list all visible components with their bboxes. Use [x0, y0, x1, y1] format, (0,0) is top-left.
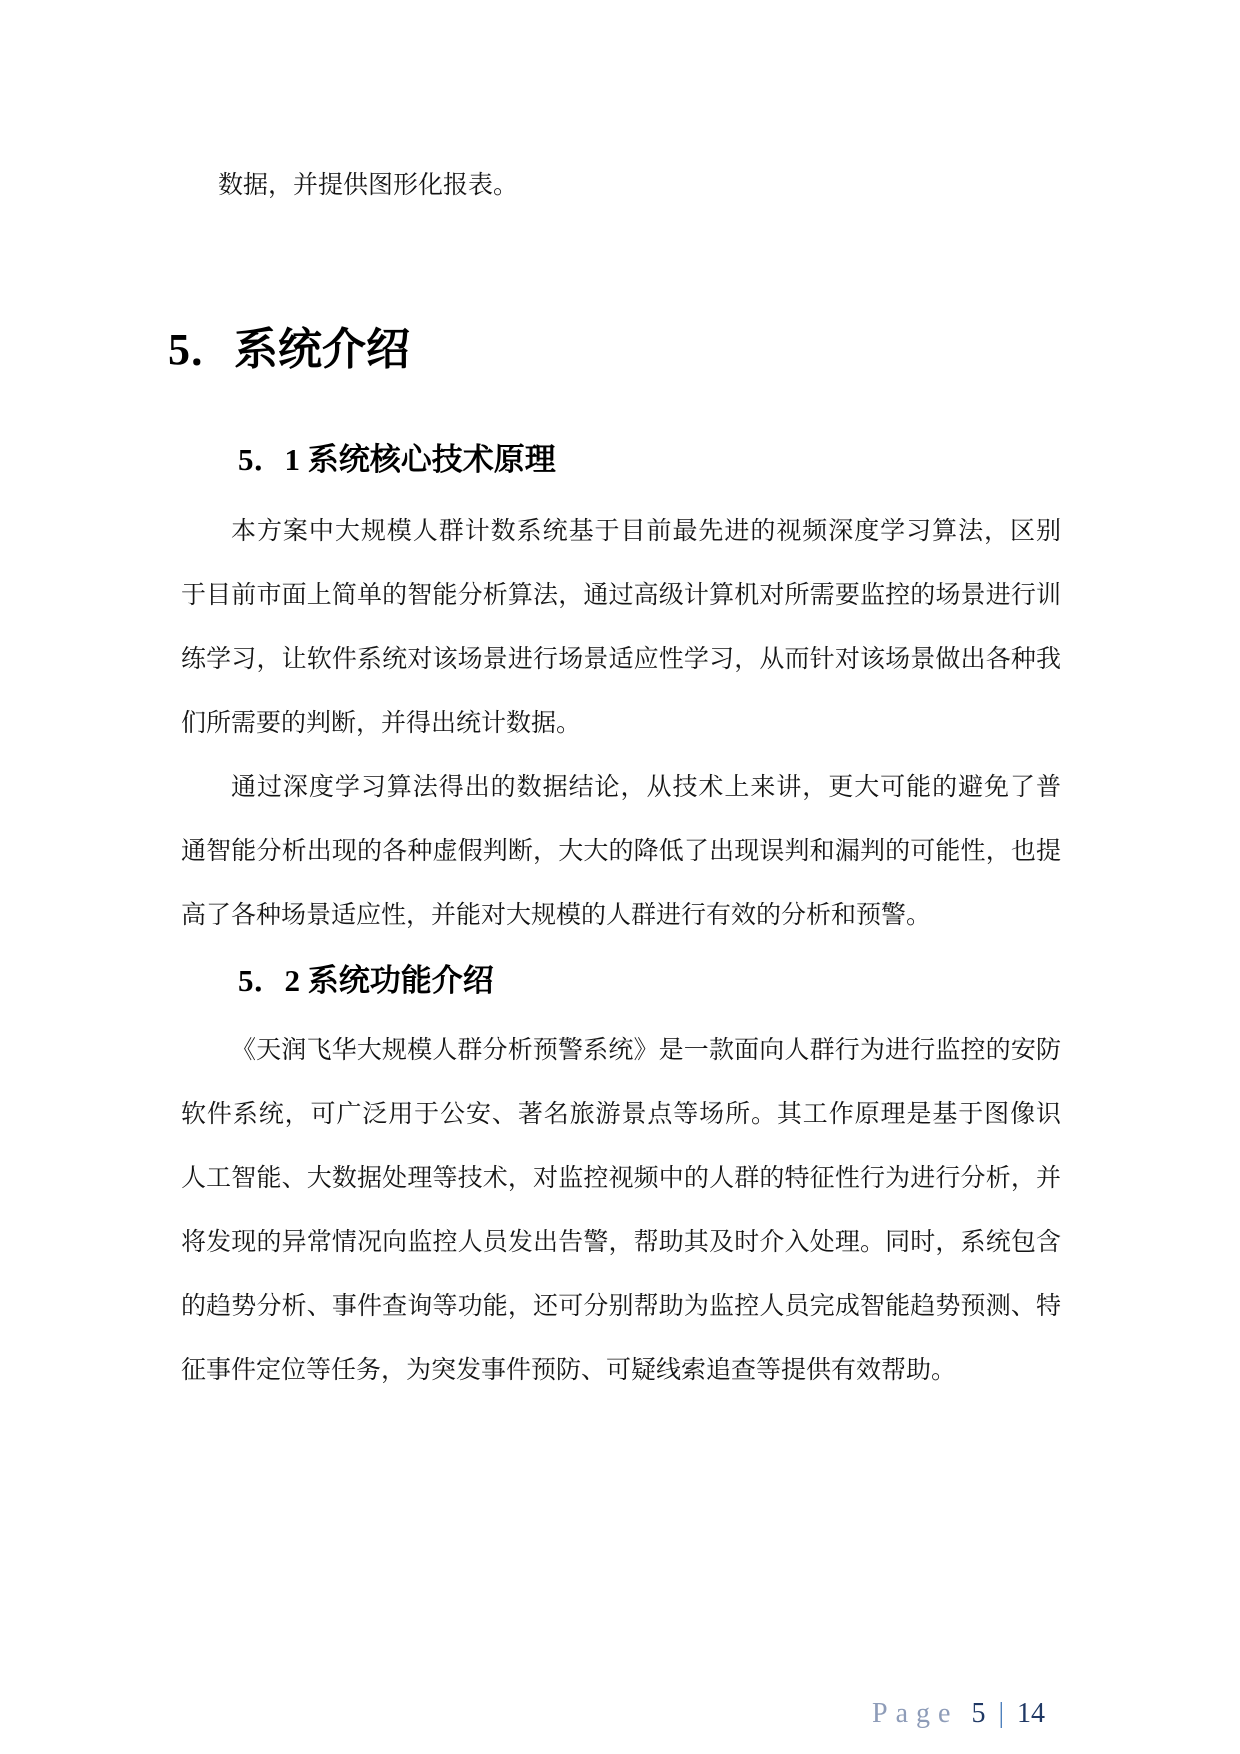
- body-text-line: 征事件定位等任务，为突发事件预防、可疑线索追查等提供有效帮助。: [181, 1338, 1061, 1402]
- body-text-line: 将发现的异常情况向监控人员发出告警，帮助其及时介入处理。同时，系统包含: [181, 1210, 1061, 1274]
- chapter-heading: 5．系统介绍: [168, 320, 410, 380]
- body-text-line: 练学习，让软件系统对该场景进行场景适应性学习，从而针对该场景做出各种我: [181, 627, 1061, 691]
- body-text-line: 于目前市面上简单的智能分析算法，通过高级计算机对所需要监控的场景进行训: [181, 563, 1061, 627]
- body-text-line: 本方案中大规模人群计数系统基于目前最先进的视频深度学习算法，区别: [181, 499, 1061, 563]
- body-text-line-continuation: 数据，并提供图形化报表。: [218, 153, 518, 217]
- body-text-line: 人工智能、大数据处理等技术，对监控视频中的人群的特征性行为进行分析，并: [181, 1146, 1061, 1210]
- footer-total-pages: 14: [1011, 1698, 1051, 1729]
- body-text-line: 高了各种场景适应性，并能对大规模的人群进行有效的分析和预警。: [181, 883, 1061, 947]
- footer-page-label: Page: [872, 1698, 958, 1729]
- section-5-2-text: 《天润飞华大规模人群分析预警系统》是一款面向人群行为进行监控的安防 软件系统，可…: [181, 1018, 1061, 1402]
- body-text-line: 通智能分析出现的各种虚假判断，大大的降低了出现误判和漏判的可能性，也提: [181, 819, 1061, 883]
- body-text-line: 通过深度学习算法得出的数据结论，从技术上来讲，更大可能的避免了普: [181, 755, 1061, 819]
- body-text-line: 们所需要的判断，并得出统计数据。: [181, 691, 1061, 755]
- page-footer: Page 5 | 14: [872, 1699, 1051, 1729]
- body-text-line: 《天润飞华大规模人群分析预警系统》是一款面向人群行为进行监控的安防: [181, 1018, 1061, 1082]
- footer-page-number: 5: [965, 1698, 991, 1729]
- section-heading-5-1: 5．1 系统核心技术原理: [238, 432, 556, 488]
- document-page: 数据，并提供图形化报表。 5．系统介绍 5．1 系统核心技术原理 本方案中大规模…: [0, 0, 1240, 1754]
- section-5-1-text: 本方案中大规模人群计数系统基于目前最先进的视频深度学习算法，区别 于目前市面上简…: [181, 499, 1061, 947]
- section-heading-5-2: 5．2 系统功能介绍: [238, 953, 494, 1009]
- body-text-line: 软件系统，可广泛用于公安、著名旅游景点等场所。其工作原理是基于图像识别、: [181, 1082, 1061, 1146]
- body-text-line: 的趋势分析、事件查询等功能，还可分别帮助为监控人员完成智能趋势预测、特: [181, 1274, 1061, 1338]
- footer-separator: |: [998, 1698, 1004, 1729]
